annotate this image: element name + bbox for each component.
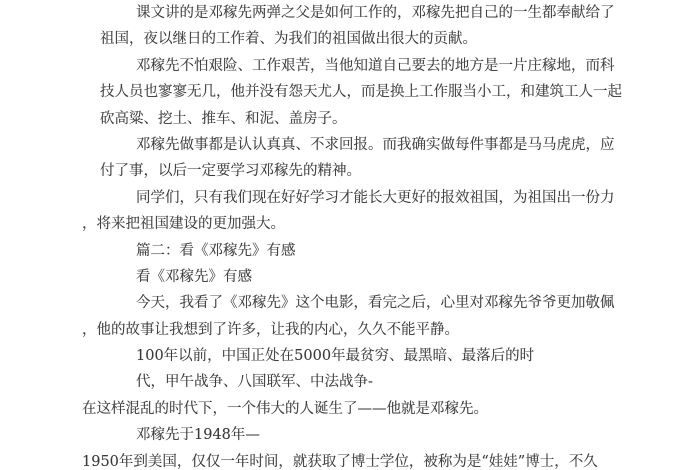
text-line: 100年以前，中国正处在5000年最贫穷、最黑暗、最落后的时	[136, 343, 700, 369]
text-line: 邓稼先做事都是认认真真、不求回报。而我确实做每件事都是马马虎虎，应	[136, 132, 700, 158]
text-line: 砍高粱、挖土、推车、和泥、盖房子。	[100, 106, 700, 132]
text-line: 技人员也寥寥无几，他并没有怨天尤人，而是换上工作服当小工，和建筑工人一起	[100, 79, 700, 105]
text-line: 课文讲的是邓稼先两弹之父是如何工作的，邓稼先把自己的一生都奉献给了	[136, 0, 700, 26]
text-line: 付了事，以后一定要学习邓稼先的精神。	[100, 158, 700, 184]
text-line: 同学们，只有我们现在好好学习才能长大更好的报效祖国，为祖国出一份力	[136, 185, 700, 211]
text-line: 代，甲午战争、八国联军、中法战争-	[136, 369, 700, 395]
document-page: 课文讲的是邓稼先两弹之父是如何工作的，邓稼先把自己的一生都奉献给了 祖国，夜以继…	[0, 0, 700, 470]
text-line: 看《邓稼先》有感	[136, 264, 700, 290]
text-line: 今天，我看了《邓稼先》这个电影，看完之后，心里对邓稼先爷爷更加敬佩	[136, 290, 700, 316]
text-line: 祖国，夜以继日的工作着、为我们的祖国做出很大的贡献。	[100, 26, 700, 52]
text-line: 邓稼先于1948年—	[136, 422, 700, 448]
text-line: ，他的故事让我想到了许多，让我的内心，久久不能平静。	[82, 317, 700, 343]
text-line: 邓稼先不怕艰险、工作艰苦，当他知道自己要去的地方是一片庄稼地，而科	[136, 53, 700, 79]
text-line: 1950年到美国，仅仅一年时间，就获取了博士学位，被称为是“娃娃”博士，不久	[82, 449, 700, 470]
text-line: 篇二：看《邓稼先》有感	[136, 238, 700, 264]
text-line: ，将来把祖国建设的更加强大。	[82, 211, 700, 237]
text-line: 在这样混乱的时代下，一个伟大的人诞生了——他就是邓稼先。	[82, 396, 700, 422]
